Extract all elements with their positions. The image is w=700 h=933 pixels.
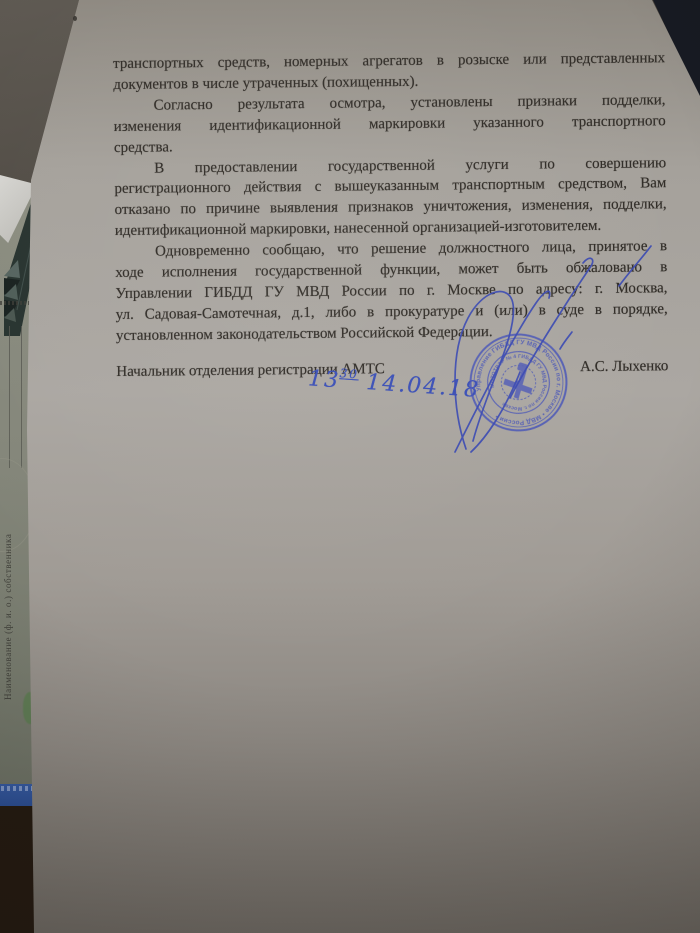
vignette-overlay: [0, 0, 700, 933]
